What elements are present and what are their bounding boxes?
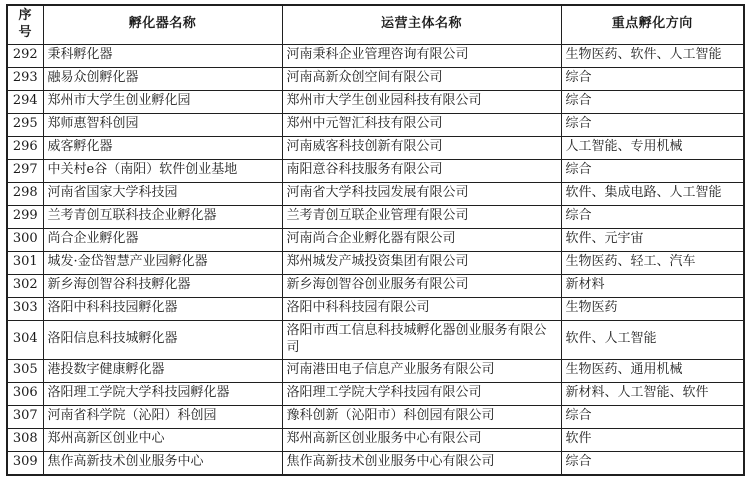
header-incubator-name: 孵化器名称 xyxy=(43,5,282,44)
operator-name-cell: 郑州中元智汇科技有限公司 xyxy=(282,113,561,136)
table-row: 302 新乡海创智谷科技孵化器 新乡海创智谷创业服务有限公司 新材料 xyxy=(7,274,744,297)
direction-cell: 生物医药、轻工、汽车 xyxy=(561,251,744,274)
incubator-name-cell: 河南省科学院（沁阳）科创园 xyxy=(43,405,282,428)
table-row: 294 郑州市大学生创业孵化园 郑州市大学生创业园科技有限公司 综合 xyxy=(7,90,744,113)
incubator-name-cell: 洛阳理工学院大学科技园孵化器 xyxy=(43,382,282,405)
incubator-name-cell: 郑州市大学生创业孵化园 xyxy=(43,90,282,113)
operator-name-cell: 南阳意谷科技服务有限公司 xyxy=(282,159,561,182)
incubator-name-cell: 洛阳信息科技城孵化器 xyxy=(43,320,282,359)
direction-cell: 生物医药、软件、人工智能 xyxy=(561,44,744,67)
operator-name-cell: 河南港田电子信息产业服务有限公司 xyxy=(282,359,561,382)
row-number-cell: 292 xyxy=(7,44,43,67)
row-number-cell: 296 xyxy=(7,136,43,159)
operator-name-cell: 郑州市大学生创业园科技有限公司 xyxy=(282,90,561,113)
incubator-name-cell: 河南省国家大学科技园 xyxy=(43,182,282,205)
row-number-cell: 301 xyxy=(7,251,43,274)
incubator-name-cell: 兰考青创互联科技企业孵化器 xyxy=(43,205,282,228)
table-row: 308 郑州高新区创业中心 郑州高新区创业服务中心有限公司 软件 xyxy=(7,428,744,451)
incubator-name-cell: 城发·金岱智慧产业园孵化器 xyxy=(43,251,282,274)
row-number-cell: 305 xyxy=(7,359,43,382)
row-number-cell: 300 xyxy=(7,228,43,251)
direction-cell: 软件、集成电路、人工智能 xyxy=(561,182,744,205)
row-number-cell: 293 xyxy=(7,67,43,90)
table-row: 306 洛阳理工学院大学科技园孵化器 洛阳理工学院大学科技园有限公司 新材料、人… xyxy=(7,382,744,405)
direction-cell: 生物医药、通用机械 xyxy=(561,359,744,382)
incubator-name-cell: 威客孵化器 xyxy=(43,136,282,159)
table-row: 298 河南省国家大学科技园 河南省大学科技园发展有限公司 软件、集成电路、人工… xyxy=(7,182,744,205)
row-number-cell: 307 xyxy=(7,405,43,428)
incubator-name-cell: 融易众创孵化器 xyxy=(43,67,282,90)
incubator-name-cell: 洛阳中科科技园孵化器 xyxy=(43,297,282,320)
incubator-name-cell: 新乡海创智谷科技孵化器 xyxy=(43,274,282,297)
table-row: 301 城发·金岱智慧产业园孵化器 郑州城发产城投资集团有限公司 生物医药、轻工… xyxy=(7,251,744,274)
table-row: 296 威客孵化器 河南威客科技创新有限公司 人工智能、专用机械 xyxy=(7,136,744,159)
table-row: 303 洛阳中科科技园孵化器 洛阳中科科技园有限公司 生物医药 xyxy=(7,297,744,320)
direction-cell: 综合 xyxy=(561,205,744,228)
operator-name-cell: 河南省大学科技园发展有限公司 xyxy=(282,182,561,205)
incubator-name-cell: 焦作高新技术创业服务中心 xyxy=(43,451,282,475)
row-number-cell: 299 xyxy=(7,205,43,228)
direction-cell: 软件、元宇宙 xyxy=(561,228,744,251)
direction-cell: 生物医药 xyxy=(561,297,744,320)
header-serial-number: 序号 xyxy=(7,5,43,44)
header-key-direction: 重点孵化方向 xyxy=(561,5,744,44)
row-number-cell: 302 xyxy=(7,274,43,297)
table-row: 305 港投数字健康孵化器 河南港田电子信息产业服务有限公司 生物医药、通用机械 xyxy=(7,359,744,382)
table-row: 293 融易众创孵化器 河南高新众创空间有限公司 综合 xyxy=(7,67,744,90)
row-number-cell: 294 xyxy=(7,90,43,113)
header-row: 序号 孵化器名称 运营主体名称 重点孵化方向 xyxy=(7,5,744,44)
row-number-cell: 295 xyxy=(7,113,43,136)
direction-cell: 综合 xyxy=(561,405,744,428)
incubator-name-cell: 尚合企业孵化器 xyxy=(43,228,282,251)
direction-cell: 综合 xyxy=(561,159,744,182)
table-row: 307 河南省科学院（沁阳）科创园 豫科创新（沁阳市）科创园有限公司 综合 xyxy=(7,405,744,428)
incubator-name-cell: 中关村e谷（南阳）软件创业基地 xyxy=(43,159,282,182)
row-number-cell: 297 xyxy=(7,159,43,182)
operator-name-cell: 河南威客科技创新有限公司 xyxy=(282,136,561,159)
direction-cell: 软件、人工智能 xyxy=(561,320,744,359)
table-row: 292 秉科孵化器 河南秉科企业管理咨询有限公司 生物医药、软件、人工智能 xyxy=(7,44,744,67)
direction-cell: 新材料、人工智能、软件 xyxy=(561,382,744,405)
direction-cell: 新材料 xyxy=(561,274,744,297)
table-row: 304 洛阳信息科技城孵化器 洛阳市西工信息科技城孵化器创业服务有限公司 软件、… xyxy=(7,320,744,359)
incubator-name-cell: 郑州高新区创业中心 xyxy=(43,428,282,451)
row-number-cell: 309 xyxy=(7,451,43,475)
row-number-cell: 298 xyxy=(7,182,43,205)
operator-name-cell: 郑州高新区创业服务中心有限公司 xyxy=(282,428,561,451)
operator-name-cell: 河南尚合企业孵化器有限公司 xyxy=(282,228,561,251)
operator-name-cell: 河南高新众创空间有限公司 xyxy=(282,67,561,90)
document-page: 序号 孵化器名称 运营主体名称 重点孵化方向 292 秉科孵化器 河南秉科企业管… xyxy=(0,0,750,477)
operator-name-cell: 兰考青创互联企业管理有限公司 xyxy=(282,205,561,228)
direction-cell: 综合 xyxy=(561,67,744,90)
operator-name-cell: 河南秉科企业管理咨询有限公司 xyxy=(282,44,561,67)
direction-cell: 软件 xyxy=(561,428,744,451)
table-row: 309 焦作高新技术创业服务中心 焦作高新技术创业服务中心有限公司 综合 xyxy=(7,451,744,475)
incubator-name-cell: 秉科孵化器 xyxy=(43,44,282,67)
table-body: 292 秉科孵化器 河南秉科企业管理咨询有限公司 生物医药、软件、人工智能 29… xyxy=(7,44,744,474)
table-header: 序号 孵化器名称 运营主体名称 重点孵化方向 xyxy=(7,5,744,44)
operator-name-cell: 郑州城发产城投资集团有限公司 xyxy=(282,251,561,274)
direction-cell: 综合 xyxy=(561,451,744,475)
header-operator-name: 运营主体名称 xyxy=(282,5,561,44)
direction-cell: 人工智能、专用机械 xyxy=(561,136,744,159)
operator-name-cell: 洛阳理工学院大学科技园有限公司 xyxy=(282,382,561,405)
row-number-cell: 306 xyxy=(7,382,43,405)
row-number-cell: 308 xyxy=(7,428,43,451)
table-row: 300 尚合企业孵化器 河南尚合企业孵化器有限公司 软件、元宇宙 xyxy=(7,228,744,251)
table-row: 297 中关村e谷（南阳）软件创业基地 南阳意谷科技服务有限公司 综合 xyxy=(7,159,744,182)
row-number-cell: 304 xyxy=(7,320,43,359)
incubator-name-cell: 郑师惠智科创园 xyxy=(43,113,282,136)
operator-name-cell: 豫科创新（沁阳市）科创园有限公司 xyxy=(282,405,561,428)
direction-cell: 综合 xyxy=(561,113,744,136)
incubator-table: 序号 孵化器名称 运营主体名称 重点孵化方向 292 秉科孵化器 河南秉科企业管… xyxy=(6,4,745,476)
row-number-cell: 303 xyxy=(7,297,43,320)
operator-name-cell: 焦作高新技术创业服务中心有限公司 xyxy=(282,451,561,475)
direction-cell: 综合 xyxy=(561,90,744,113)
operator-name-cell: 洛阳中科科技园有限公司 xyxy=(282,297,561,320)
table-row: 295 郑师惠智科创园 郑州中元智汇科技有限公司 综合 xyxy=(7,113,744,136)
table-row: 299 兰考青创互联科技企业孵化器 兰考青创互联企业管理有限公司 综合 xyxy=(7,205,744,228)
operator-name-cell: 洛阳市西工信息科技城孵化器创业服务有限公司 xyxy=(282,320,561,359)
incubator-name-cell: 港投数字健康孵化器 xyxy=(43,359,282,382)
operator-name-cell: 新乡海创智谷创业服务有限公司 xyxy=(282,274,561,297)
